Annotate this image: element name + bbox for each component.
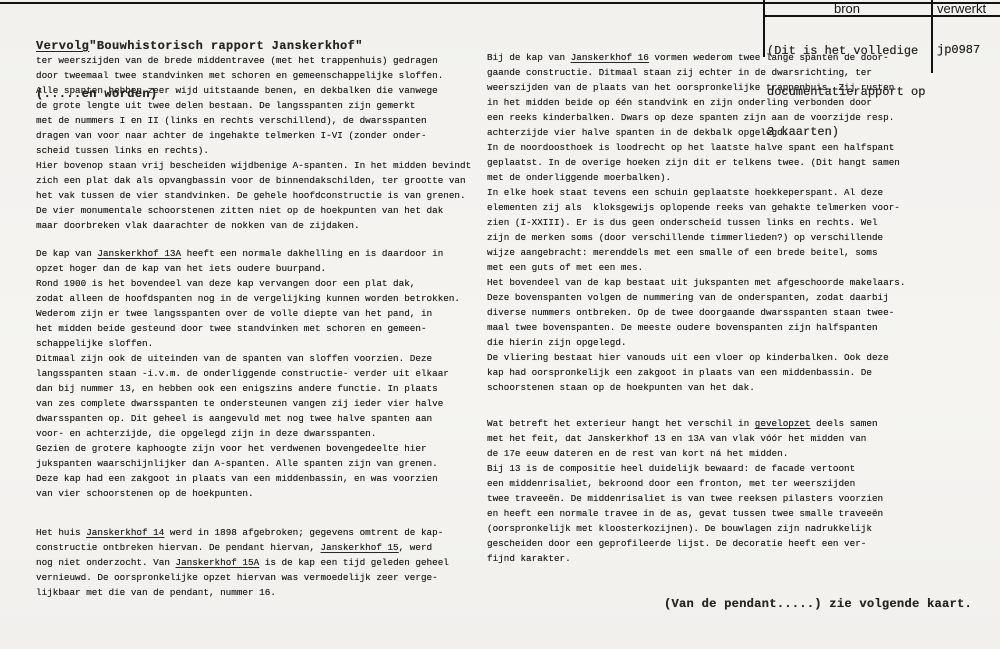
text-line: voor- en achterzijde, die opgelegd zijn … xyxy=(36,426,481,441)
text-line: zodat alleen de hoofdspanten nog in de v… xyxy=(36,291,481,306)
paragraph: Bij de kap van Janskerkhof 16 vormen wed… xyxy=(487,50,927,395)
text-line: twee traveeën. De middenrisaliet is van … xyxy=(487,491,927,506)
text-line: De vliering bestaat hier vanouds uit een… xyxy=(487,350,927,365)
text-line: nog niet onderzocht. Van Janskerkhof 15A… xyxy=(36,555,481,570)
text-line: gaande constructie. Ditmaal staan zij ec… xyxy=(487,65,927,80)
text-line: In de noordoosthoek is loodrecht op het … xyxy=(487,140,927,155)
text-line: langsspanten staan -i.v.m. de onderligge… xyxy=(36,366,481,381)
text-line: met de onderliggende moerbalken). xyxy=(487,170,927,185)
text-line: dragen van voor naar achter de ingehakte… xyxy=(36,128,481,143)
text-line: Deze kap had een zakgoot in plaats van e… xyxy=(36,471,481,486)
text-line: met het feit, dat Janskerkhof 13 en 13A … xyxy=(487,431,927,446)
footer-note: (Van de pendant.....) zie volgende kaart… xyxy=(664,597,972,611)
text-line: Rond 1900 is het bovendeel van deze kap … xyxy=(36,276,481,291)
text-line: Het bovendeel van de kap bestaat uit juk… xyxy=(487,275,927,290)
text-line: Gezien de grotere kaphoogte zijn voor he… xyxy=(36,441,481,456)
text-line: de grote lengte uit twee delen bestaan. … xyxy=(36,98,481,113)
text-line: constructie ontbreken hiervan. De pendan… xyxy=(36,540,481,555)
verwerkt-header-cell: verwerkt xyxy=(937,1,986,16)
text-line: een middenrisaliet, bekroond door een fr… xyxy=(487,476,927,491)
text-line: De vier monumentale schoorstenen zitten … xyxy=(36,203,481,218)
text-line: schoorstenen staan op de hoekpunten van … xyxy=(487,380,927,395)
text-line: zijn de merken soms (door verschillende … xyxy=(487,230,927,245)
stamp-code: jp0987 xyxy=(937,43,980,57)
text-line: dwarsspanten op. Dit geheel is aangevuld… xyxy=(36,411,481,426)
text-line: van vier schoorstenen op de hoekpunten. xyxy=(36,486,481,501)
text-line: wijze aangebracht: merenddels met een sm… xyxy=(487,245,927,260)
text-line: Hier bovenop staan vrij bescheiden wijdb… xyxy=(36,158,481,173)
text-line: die hierin zijn opgelegd. xyxy=(487,335,927,350)
text-line: (oorspronkelijk met kloosterkozijnen). D… xyxy=(487,521,927,536)
text-line: de 17e eeuw dateren en de rest van kort … xyxy=(487,446,927,461)
text-line: Alle spanten hebben zeer wijd uitstaande… xyxy=(36,83,481,98)
text-line: Bij de kap van Janskerkhof 16 vormen wed… xyxy=(487,50,927,65)
text-line: Het huis Janskerkhof 14 werd in 1898 afg… xyxy=(36,525,481,540)
text-line: een reeks kinderbalken. Dwars op deze sp… xyxy=(487,110,927,125)
text-line: zien (I-XXIII). Er is dus geen ondersche… xyxy=(487,215,927,230)
text-line: door tweemaal twee standvinken met schor… xyxy=(36,68,481,83)
text-line: met een guts of met een mes. xyxy=(487,260,927,275)
text-line: schappelijke sloffen. xyxy=(36,336,481,351)
text-line: het midden beide gesteund door twee stan… xyxy=(36,321,481,336)
paragraph: Het huis Janskerkhof 14 werd in 1898 afg… xyxy=(36,525,481,600)
text-line: kap had oorspronkelijk een zakgoot in pl… xyxy=(487,365,927,380)
text-line: elementen zij als kloksgewijs oplopende … xyxy=(487,200,927,215)
text-line: met de nummers I en II (links en rechts … xyxy=(36,113,481,128)
text-line: De kap van Janskerkhof 13A heeft een nor… xyxy=(36,246,481,261)
text-line: en heeft een normale travee in de as, ge… xyxy=(487,506,927,521)
text-line: het vak tussen de vier standvinken. De g… xyxy=(36,188,481,203)
text-line: maal twee bovenspanten. De meeste oudere… xyxy=(487,320,927,335)
stamp-table-column-divider xyxy=(931,0,933,73)
text-line: Ditmaal zijn ook de uiteinden van de spa… xyxy=(36,351,481,366)
text-line: Deze bovenspanten volgen de nummering va… xyxy=(487,290,927,305)
bron-header-cell: bron xyxy=(763,1,931,16)
text-line: Wat betreft het exterieur hangt het vers… xyxy=(487,416,927,431)
left-text-column: ter weerszijden van de brede middentrave… xyxy=(36,53,481,600)
text-line: in het midden beide op één standvink en … xyxy=(487,95,927,110)
text-line: dan bij nummer 13, en hebben ook een eni… xyxy=(36,381,481,396)
paragraph: Wat betreft het exterieur hangt het vers… xyxy=(487,416,927,566)
text-line: maar doorbreken vlak daarachter de nokke… xyxy=(36,218,481,233)
right-text-column: Bij de kap van Janskerkhof 16 vormen wed… xyxy=(487,50,927,566)
text-line: van zes complete dwarsspanten te onderst… xyxy=(36,396,481,411)
text-line: scheid tussen links en rechts). xyxy=(36,143,481,158)
text-line: gescheiden door een geprofileerde lijst.… xyxy=(487,536,927,551)
text-line: lijkbaar met die van de pendant, nummer … xyxy=(36,585,481,600)
text-line: ter weerszijden van de brede middentrave… xyxy=(36,53,481,68)
paragraph: De kap van Janskerkhof 13A heeft een nor… xyxy=(36,246,481,501)
text-line: achterzijde vier halve spanten in de dek… xyxy=(487,125,927,140)
paragraph: ter weerszijden van de brede middentrave… xyxy=(36,53,481,233)
text-line: geplaatst. In de overige hoeken zijn dit… xyxy=(487,155,927,170)
text-line: Wederom zijn er twee langsspanten over d… xyxy=(36,306,481,321)
text-line: Bij 13 is de compositie heel duidelijk b… xyxy=(487,461,927,476)
text-line: weerszijden van de plaats van het oorspr… xyxy=(487,80,927,95)
text-line: In elke hoek staat tevens een schuin gep… xyxy=(487,185,927,200)
page-title: Vervolg"Bouwhistorisch rapport Janskerkh… xyxy=(36,38,363,54)
text-line: jukspanten waarschijnlijker dan A-spante… xyxy=(36,456,481,471)
text-line: vernieuwd. De oorspronkelijke opzet hier… xyxy=(36,570,481,585)
text-line: opzet hoger dan de kap van het iets oude… xyxy=(36,261,481,276)
text-line: zich een plat dak als opvangbassin voor … xyxy=(36,173,481,188)
text-line: fijnd karakter. xyxy=(487,551,927,566)
text-line: diverse nummers ontbreken. Op de twee do… xyxy=(487,305,927,320)
